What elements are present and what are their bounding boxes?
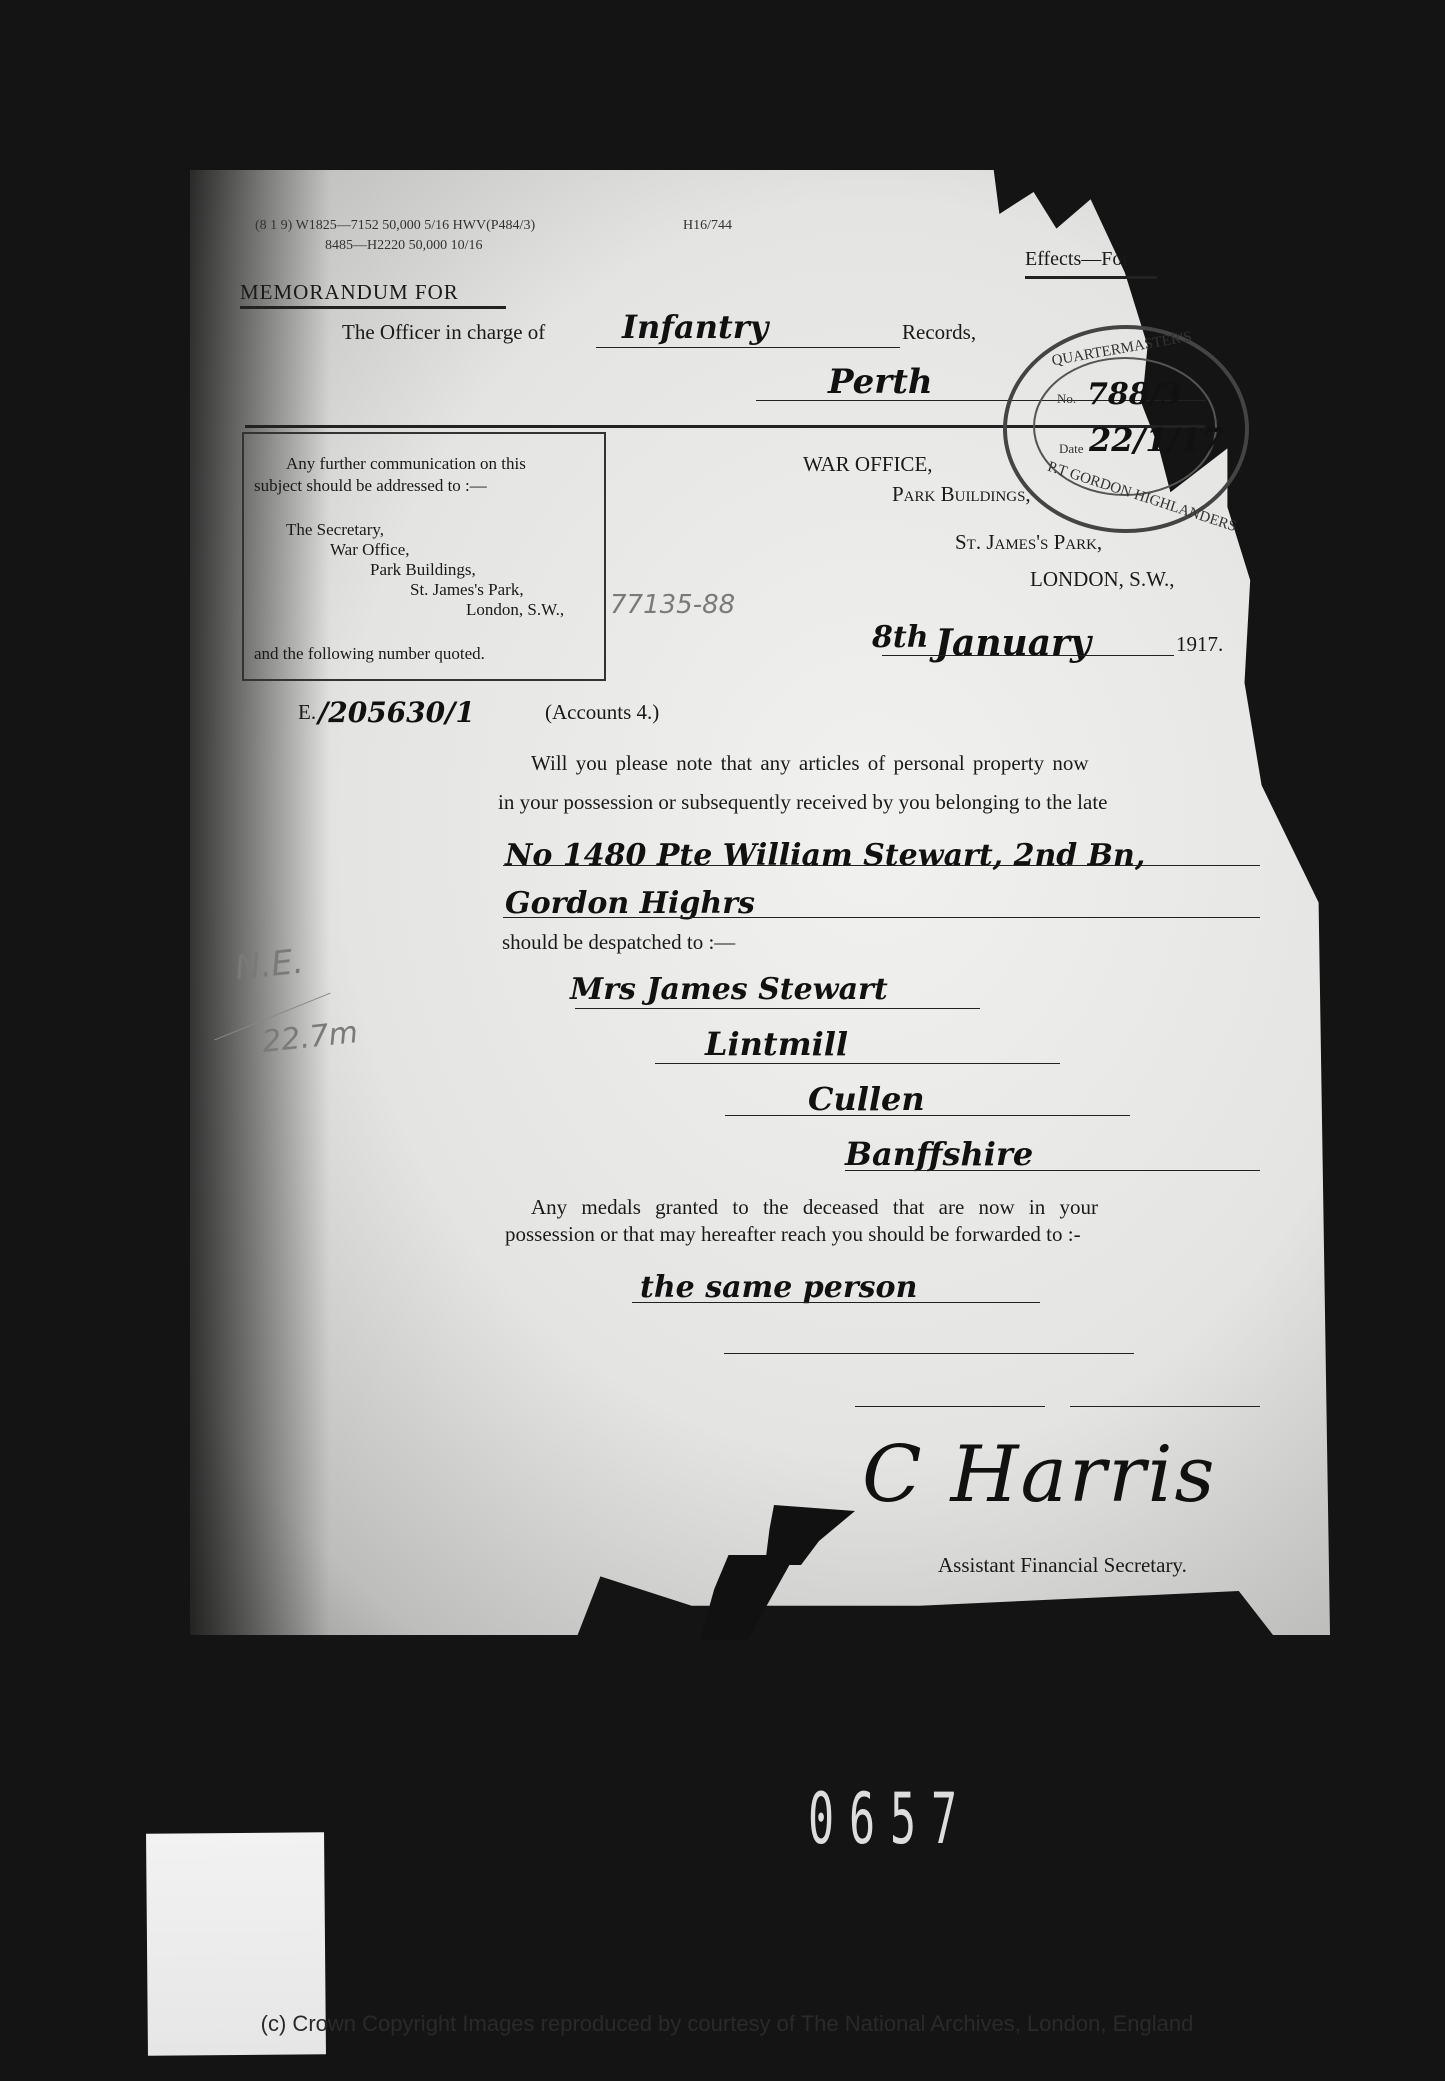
recipient-county: Banffshire [845,1135,1033,1173]
address-box: Any further communication on this subjec… [242,432,606,681]
stamp-no-value: 788/3 [1087,377,1181,412]
address-box-line: and the following number quoted. [254,644,485,664]
blank-rule [724,1353,1134,1354]
address-box-line: Park Buildings, [370,560,476,580]
soldier-line-2-handwritten: Gordon Highrs [505,886,755,921]
address-box-line: The Secretary, [286,520,384,540]
form-title-underline [1025,276,1157,279]
recipient-line-rule [725,1115,1130,1116]
officer-prefix: The Officer in charge of [342,320,545,345]
soldier-line-2-rule [503,917,1260,918]
officer-unit-line [596,347,900,348]
stamp-no-label: No. [1057,391,1076,407]
stamp-date-value: 22/1/17 [1089,421,1224,459]
recipient-name: Mrs James Stewart [570,972,888,1007]
date-line [882,655,1174,656]
signature: C Harris [862,1430,1217,1520]
memorandum-heading: MEMORANDUM FOR [240,280,459,305]
blank-rule [855,1406,1045,1407]
form-code-right: H16/744 [683,218,732,234]
accounts-label: (Accounts 4.) [545,700,659,725]
pencil-reference: 77135-88 [610,590,735,620]
date-month: January [935,622,1091,664]
recipient-line-rule [845,1170,1260,1171]
despatch-label: should be despatched to :— [502,930,735,955]
sender-address-line: Park Buildings, [892,482,1031,507]
sender-address-line: LONDON, S.W., [1030,567,1174,592]
reference-number: /205630/1 [318,696,475,729]
quartermaster-stamp: QUARTERMASTER'S No. 788/3 Date 22/1/17 P… [1003,325,1249,533]
records-location-handwritten: Perth [828,362,933,402]
blank-rule [1070,1406,1260,1407]
recipient-town: Cullen [808,1080,925,1118]
form-code-line-2: 8485—H2220 50,000 10/16 [325,238,483,254]
address-box-line: London, S.W., [466,600,564,620]
body-text-line-1: Will you please note that any articles o… [531,751,1089,776]
soldier-line-1-handwritten: No 1480 Pte William Stewart, 2nd Bn, [505,838,1145,873]
sender-address-line: WAR OFFICE, [803,452,933,477]
officer-unit-handwritten: Infantry [622,308,768,346]
sender-address-line: St. James's Park, [955,530,1102,555]
medals-text-line-1: Any medals granted to the deceased that … [531,1195,1098,1220]
reference-prefix: E. [298,700,316,725]
medals-recipient-handwritten: the same person [640,1270,917,1305]
signatory-title: Assistant Financial Secretary. [938,1553,1187,1578]
medals-text-line-2: possession or that may hereafter reach y… [505,1222,1081,1247]
memorandum-underline [240,306,506,309]
date-day: 8th [872,620,929,655]
form-code-line-1: (8 1 9) W1825—7152 50,000 5/16 HWV(P484/… [255,218,535,234]
records-label: Records, [902,320,976,345]
medals-recipient-rule [632,1302,1040,1303]
copyright-notice: (c) Crown Copyright Images reproduced by… [122,2011,1332,2037]
margin-note: N.E. [233,942,305,989]
recipient-line-rule [655,1063,1060,1064]
form-title: Effects—For [1025,248,1129,271]
soldier-line-1-rule [503,865,1260,866]
frame-number: 0657 [808,1778,972,1860]
recipient-locality: Lintmill [705,1025,848,1063]
recipient-line-rule [575,1008,980,1009]
body-text-line-2: in your possession or subsequently recei… [498,790,1107,815]
address-box-line: St. James's Park, [410,580,524,600]
address-box-line: Any further communication on this [286,454,526,474]
stamp-date-label: Date [1059,441,1084,457]
address-box-line: War Office, [330,540,410,560]
address-box-line: subject should be addressed to :— [254,476,487,496]
date-year: 1917. [1176,632,1223,657]
